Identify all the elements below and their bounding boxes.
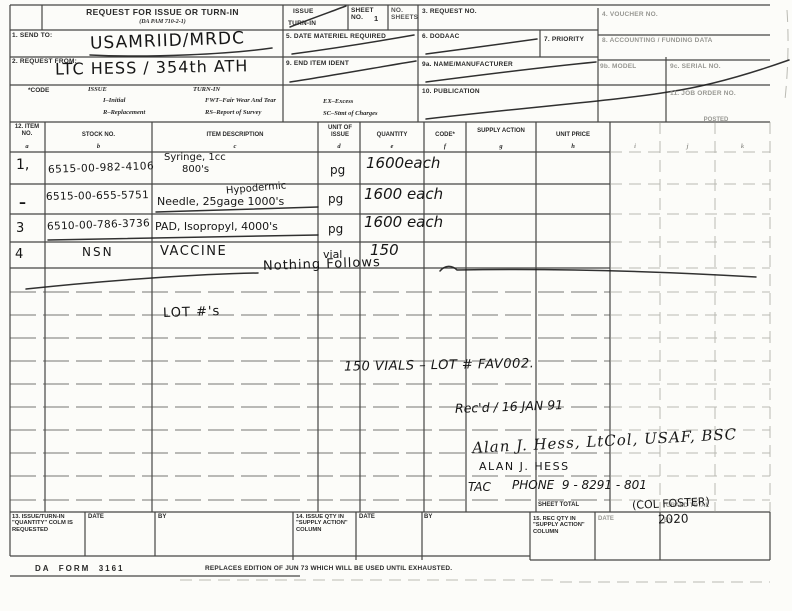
form-number: DA FORM 3161 bbox=[35, 565, 125, 574]
row3-unit-of-issue: pg bbox=[328, 223, 343, 235]
scanned-da-form-3161: REQUEST FOR ISSUE OR TURN-IN (DA PAM 710… bbox=[0, 0, 792, 611]
col-header-item-no: 12. ITEM NO. bbox=[10, 124, 44, 137]
request-from-value-handwritten: LTC HESS / 354th ATH bbox=[55, 58, 249, 77]
dodaac-label: 6. DODAAC bbox=[422, 33, 460, 40]
vials-lot-note: 150 VIALS – LOT # FAV002. bbox=[344, 357, 535, 373]
legend-turnin-fwt: FWT–Fair Wear And Tear bbox=[205, 97, 276, 104]
serial-no-label: 9c. SERIAL NO. bbox=[670, 63, 721, 70]
legend-stmt-charges: SC–Stmt of Charges bbox=[323, 110, 378, 117]
col-letter-a: a bbox=[10, 143, 44, 150]
col-letter-c: c bbox=[152, 143, 318, 150]
col-letter-b: b bbox=[45, 143, 152, 150]
col-header-unit-of-issue: UNIT OF ISSUE bbox=[322, 125, 358, 138]
section15-label: 15. REC QTY IN "SUPPLY ACTION" COLUMN bbox=[533, 516, 591, 535]
section14-date-label: DATE bbox=[359, 514, 375, 521]
row3-quantity: 1600 each bbox=[364, 215, 443, 230]
row4-item-no: 4 bbox=[15, 248, 23, 261]
row1-description-line1: Syringe, 1cc bbox=[164, 153, 226, 163]
row1-unit-of-issue: pg bbox=[330, 164, 345, 176]
issue-checkbox-label: ISSUE bbox=[293, 8, 314, 15]
lot-numbers-note: LOT #'s bbox=[163, 305, 221, 320]
section13-by-label: BY bbox=[158, 514, 166, 521]
row1-description-line2: 800's bbox=[182, 165, 209, 175]
col-header-quantity: QUANTITY bbox=[360, 132, 424, 139]
col-letter-d: d bbox=[318, 143, 360, 150]
col-letter-i: i bbox=[610, 143, 660, 150]
job-order-no-label: 11. JOB ORDER NO. bbox=[670, 90, 736, 97]
col-letter-h: h bbox=[536, 143, 610, 150]
legend-turnin-rs: RS–Report of Survey bbox=[205, 109, 261, 116]
name-manufacturer-label: 9a. NAME/MANUFACTURER bbox=[422, 61, 513, 68]
send-to-label: 1. SEND TO: bbox=[12, 32, 52, 39]
printed-name-handwritten: ALAN J. HESS bbox=[479, 461, 570, 472]
code-legend-label: *CODE bbox=[28, 87, 49, 94]
legend-issue-initial: I–Initial bbox=[103, 97, 125, 104]
voucher-no-label: 4. VOUCHER NO. bbox=[602, 11, 658, 18]
priority-label: 7. PRIORITY bbox=[544, 36, 584, 43]
phone-number-note: PHONE 9 - 8291 - 801 bbox=[512, 479, 647, 491]
row2-quantity: 1600 each bbox=[364, 187, 443, 202]
col-header-stock-no: STOCK NO. bbox=[45, 132, 152, 139]
col-header-item-description: ITEM DESCRIPTION bbox=[152, 132, 318, 139]
col-header-posted: POSTED bbox=[662, 117, 770, 124]
section14-label: 14. ISSUE QTY IN "SUPPLY ACTION" COLUMN bbox=[296, 514, 352, 533]
legend-turnin-header: TURN-IN bbox=[193, 86, 220, 93]
row2-description-line2: Needle, 25gage 1000's bbox=[157, 196, 284, 207]
replaces-edition-note: REPLACES EDITION OF JUN 73 WHICH WILL BE… bbox=[205, 565, 452, 572]
request-no-label: 3. REQUEST NO. bbox=[422, 8, 477, 15]
nothing-follows-note: Nothing Follows bbox=[263, 256, 381, 273]
col-letter-e: e bbox=[360, 143, 424, 150]
form-title: REQUEST FOR ISSUE OR TURN-IN bbox=[42, 8, 283, 17]
section13-date-label: DATE bbox=[88, 514, 104, 521]
date-materiel-required-label: 5. DATE MATERIEL REQUIRED bbox=[286, 33, 386, 40]
legend-issue-header: ISSUE bbox=[88, 86, 107, 93]
sheet-no-value: 1 bbox=[374, 15, 378, 23]
section13-label: 13. ISSUE/TURN-IN "QUANTITY" COLM IS REQ… bbox=[12, 514, 82, 533]
col-header-code: CODE* bbox=[424, 132, 466, 139]
row3-item-no: 3 bbox=[16, 222, 24, 235]
col-header-supply-action: SUPPLY ACTION bbox=[472, 128, 530, 135]
tac-note: TAC bbox=[468, 481, 491, 493]
publication-label: 10. PUBLICATION bbox=[422, 88, 480, 95]
legend-issue-replacement: R–Replacement bbox=[103, 109, 145, 116]
legend-excess: EX–Excess bbox=[323, 98, 353, 105]
col-letter-f: f bbox=[424, 143, 466, 150]
sheet-total-label: SHEET TOTAL bbox=[538, 502, 579, 509]
turnin-checkbox-label: TURN-IN bbox=[288, 20, 316, 27]
row4-description-line1: VACCINE bbox=[160, 245, 227, 258]
model-label: 9b. MODEL bbox=[600, 63, 636, 70]
section15-date-label: DATE bbox=[598, 516, 614, 523]
row2-item-no: – bbox=[19, 196, 26, 210]
no-sheets-label: NO. SHEETS bbox=[391, 7, 417, 21]
accounting-funding-label: 8. ACCOUNTING / FUNDING DATA bbox=[602, 37, 713, 44]
section14-by-label: BY bbox=[424, 514, 432, 521]
row2-stock-no: 6515-00-655-5751 bbox=[46, 190, 149, 202]
grand-total-value-handwritten: 2020 bbox=[658, 512, 689, 525]
col-letter-g: g bbox=[466, 143, 536, 150]
row1-item-no: 1, bbox=[16, 158, 29, 172]
col-header-unit-price: UNIT PRICE bbox=[536, 132, 610, 139]
end-item-ident-label: 9. END ITEM IDENT bbox=[286, 60, 349, 67]
col-letter-k: k bbox=[715, 143, 770, 150]
row4-stock-no: NSN bbox=[82, 246, 114, 258]
form-subtitle: (DA PAM 710-2-1) bbox=[42, 19, 283, 26]
col-letter-j: j bbox=[660, 143, 715, 150]
row1-quantity: 1600each bbox=[366, 156, 440, 171]
row3-description-line1: PAD, Isopropyl, 4000's bbox=[155, 221, 278, 232]
row2-unit-of-issue: pg bbox=[328, 193, 343, 205]
